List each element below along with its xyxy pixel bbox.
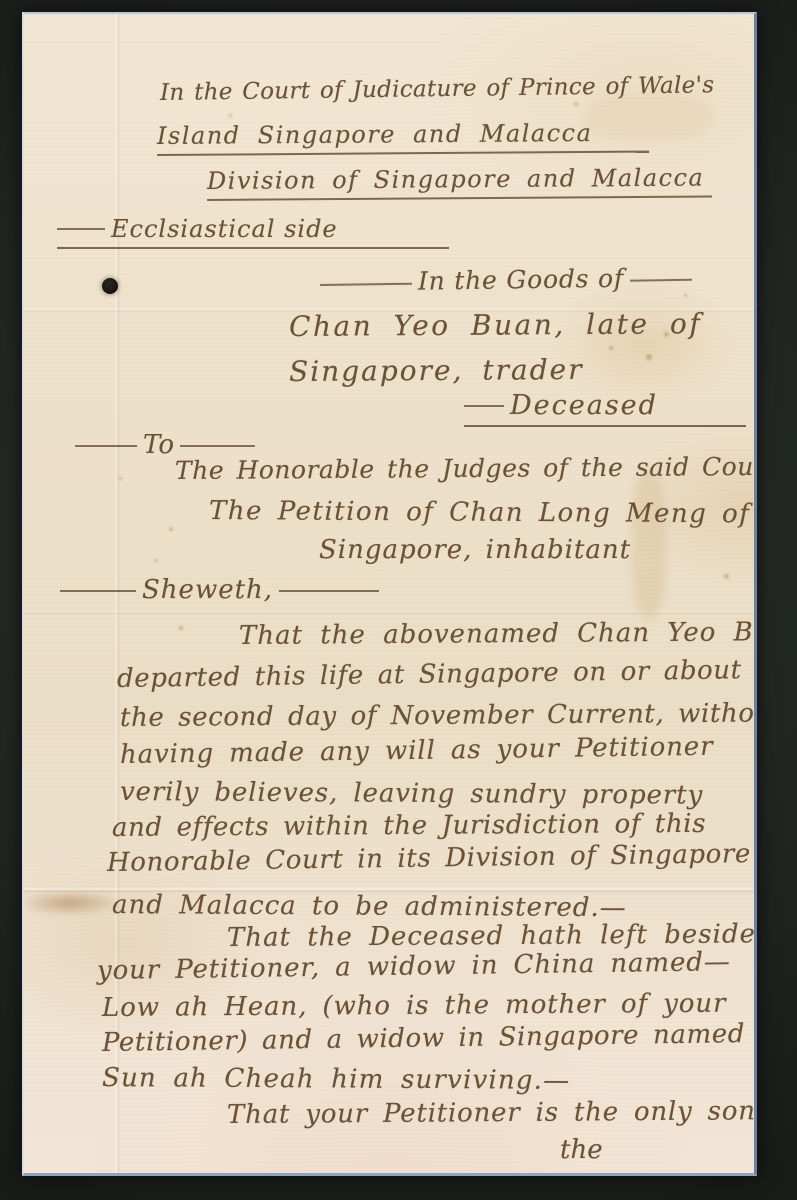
catchword: the bbox=[560, 1135, 603, 1165]
ecclesiastical-side-label: Ecclsiastical side bbox=[111, 215, 338, 243]
foxing-spot bbox=[574, 102, 578, 106]
ink-dash bbox=[320, 282, 412, 285]
foxing-spot bbox=[646, 354, 652, 360]
punch-hole bbox=[102, 278, 118, 294]
foxing-spot bbox=[684, 294, 687, 297]
petition-body-line: and effects within the Jurisdiction of t… bbox=[112, 809, 706, 843]
petition-body-line: and Malacca to be administered.— bbox=[112, 890, 627, 923]
stain bbox=[632, 469, 666, 619]
ink-dash bbox=[464, 405, 504, 407]
in-the-goods-of-caption: In the Goods of bbox=[418, 264, 624, 296]
petition-body-line: That the abovenamed Chan Yeo Buan bbox=[239, 617, 757, 651]
ink-dash bbox=[279, 590, 379, 592]
document-page: In the Court of Judicature of Prince of … bbox=[22, 12, 757, 1176]
deceased-name-line: Chan Yeo Buan, late of bbox=[289, 307, 702, 343]
petition-body-line: Low ah Hean, (who is the mother of your bbox=[102, 989, 727, 1023]
sheweth-label: Sheweth, bbox=[142, 575, 273, 605]
petition-body-line: departed this life at Singapore on or ab… bbox=[117, 655, 742, 694]
petition-body-line: your Petitioner, a widow in China named— bbox=[97, 947, 731, 986]
ink-dash bbox=[75, 445, 137, 447]
petition-body-line: verily believes, leaving sundry property bbox=[120, 777, 703, 811]
petition-body-line: having made any will as your Petitioner bbox=[120, 732, 714, 770]
foxing-spot bbox=[179, 626, 183, 630]
petition-body-line: Sun ah Cheah him surviving.— bbox=[102, 1063, 571, 1096]
foxing-spot bbox=[154, 559, 157, 562]
deceased-status-label: Deceased bbox=[510, 390, 658, 421]
ink-dash bbox=[60, 590, 136, 592]
foxing-spot bbox=[724, 574, 729, 579]
foxing-spot bbox=[229, 114, 232, 117]
division-line: Division of Singapore and Malacca bbox=[207, 163, 712, 201]
foxing-spot bbox=[609, 346, 613, 350]
foxing-spot bbox=[169, 527, 173, 531]
foxing-spot bbox=[119, 477, 122, 480]
stain bbox=[22, 890, 122, 916]
deceased-residence-line: Singapore, trader bbox=[289, 353, 584, 388]
ink-dash bbox=[630, 278, 692, 281]
petition-body-line: Petitioner) and a widow in Singapore nam… bbox=[102, 1019, 745, 1058]
photo-background: In the Court of Judicature of Prince of … bbox=[0, 0, 797, 1200]
petition-body-line: That your Petitioner is the only son of— bbox=[227, 1096, 757, 1130]
address-court-line: The Honorable the Judges of the said Cou… bbox=[175, 452, 757, 485]
petition-line: The Petition of Chan Long Meng of bbox=[209, 496, 751, 529]
ink-dash bbox=[57, 228, 105, 230]
petitioner-place-line: Singapore, inhabitant bbox=[319, 535, 631, 565]
ink-dash bbox=[180, 445, 255, 447]
jurisdiction-line: Island Singapore and Malacca bbox=[157, 119, 649, 156]
petition-body-line: Honorable Court in its Division of Singa… bbox=[107, 839, 751, 878]
petition-body-line: the second day of November Current, with… bbox=[120, 698, 757, 733]
salutation-to: To bbox=[143, 430, 174, 460]
